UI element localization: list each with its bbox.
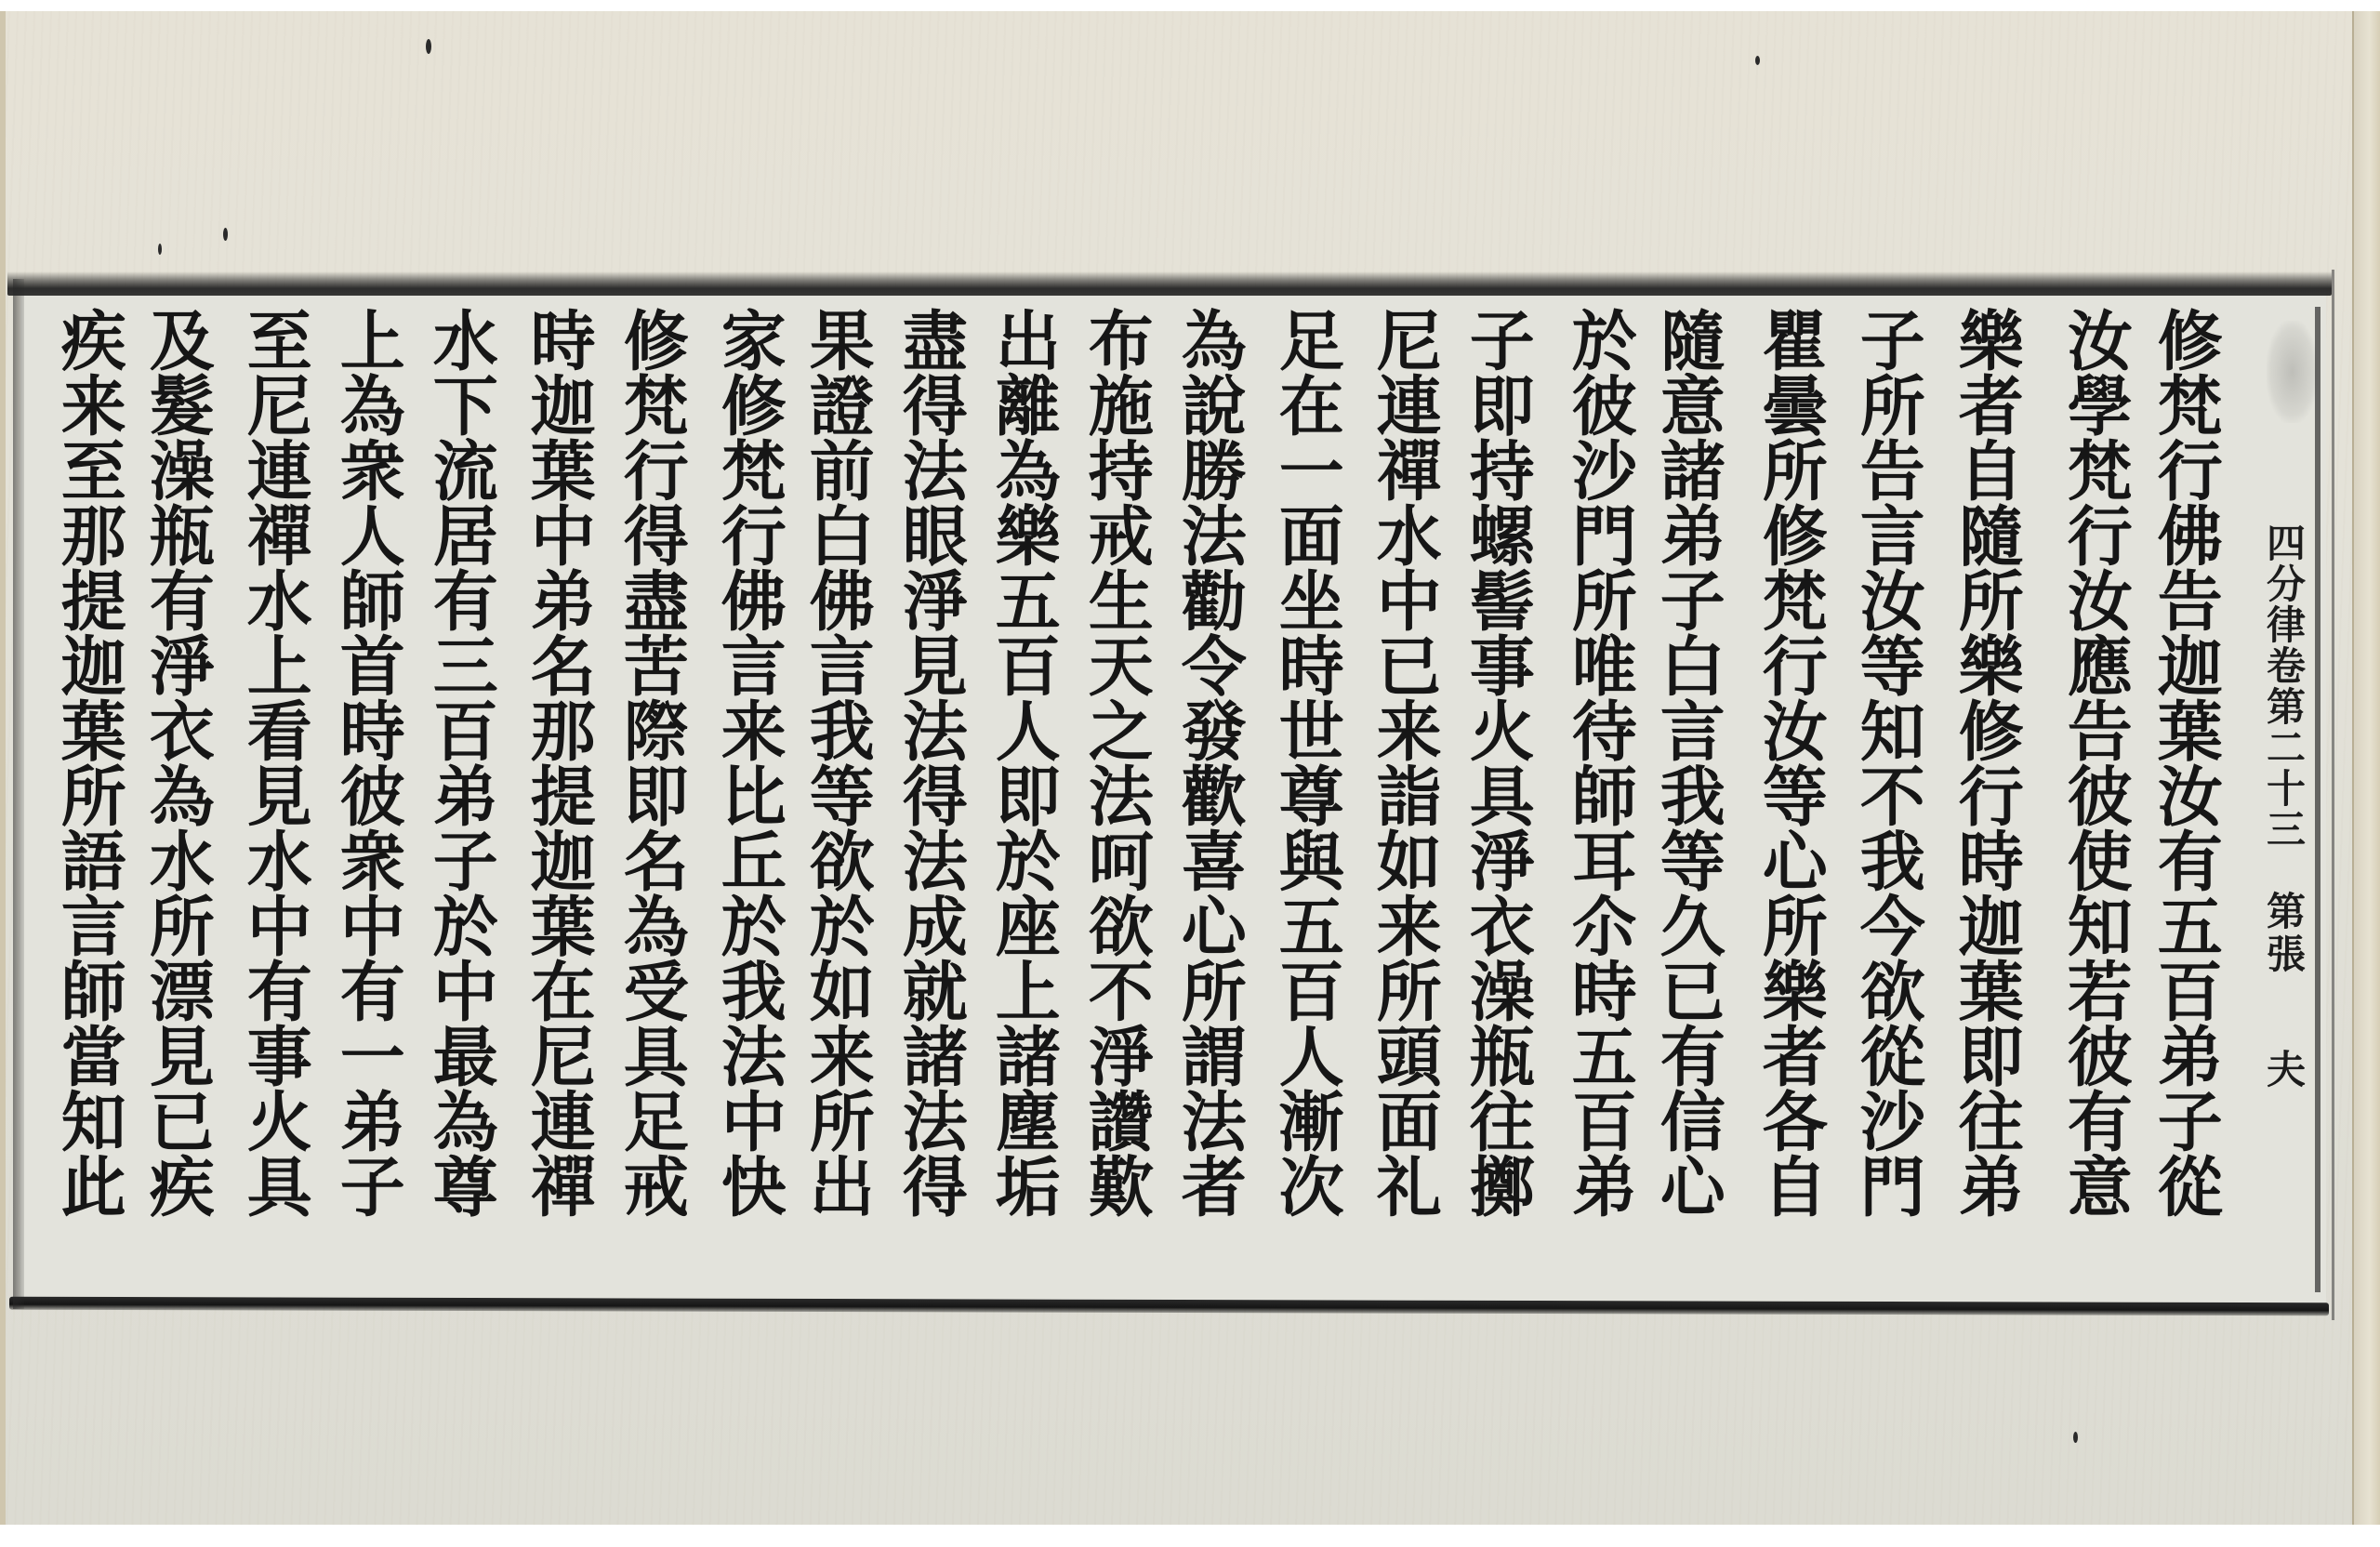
paper-fleck [426, 39, 431, 54]
text-column-16: 家修梵行佛言来比丘於我法中快 [704, 307, 793, 1218]
frame-border-left [13, 279, 24, 1309]
text-column-17: 修梵行得盡苦際即名為受具足戒 [606, 307, 695, 1218]
paper-fleck [2073, 1432, 2078, 1443]
text-column-10: 足在一面坐時世尊與五百人漸次 [1262, 307, 1351, 1218]
text-column-7: 於彼沙門所唯待師耳尒時五百弟 [1554, 307, 1644, 1218]
ink-smudge [2267, 321, 2318, 423]
text-column-23: 疾来至那提迦葉所語言師當知此 [44, 307, 133, 1218]
text-column-4: 子所告言汝等知不我今欲從沙門 [1843, 307, 1932, 1218]
text-column-1: 修梵行佛告迦葉汝有五百弟子從 [2140, 307, 2229, 1218]
text-column-3: 樂者自隨所樂修行時迦葉即往弟 [1941, 307, 2030, 1218]
page-left-edge [0, 11, 6, 1525]
text-column-6: 隨意諸弟子白言我等久已有信心 [1643, 307, 1732, 1218]
text-column-5: 瞿曇所修梵行汝等心所樂者各自 [1745, 307, 1834, 1218]
text-column-21: 至尼連禪水上看見水中有事火具 [230, 307, 319, 1218]
text-column-15: 果證前白佛言我等欲於如来所出 [792, 307, 881, 1218]
frame-border-top [7, 271, 2332, 296]
margin-carver-name: 夫𥴲 [2255, 1049, 2311, 1134]
text-column-9: 尼連禪水中已来詣如来所頭面礼 [1359, 307, 1448, 1218]
margin-sheet-number: 第張 [2255, 891, 2311, 976]
text-column-8: 子即持螺髻事火具淨衣澡瓶往擲 [1452, 307, 1541, 1218]
text-column-22: 及髮澡瓶有淨衣為水所漂見已疾 [132, 307, 221, 1218]
text-column-11: 為說勝法勸令發歡喜心所謂法者 [1164, 307, 1253, 1218]
text-column-12: 布施持戒生天之法呵欲不淨讚歎 [1071, 307, 1160, 1218]
text-column-18: 時迦葉中弟名那提迦葉在尼連禪 [513, 307, 602, 1218]
margin-title: 四分律卷第二十三 [2255, 522, 2311, 850]
paper-fleck [223, 228, 228, 241]
text-column-2: 汝學梵行汝應告彼使知若彼有意 [2050, 307, 2139, 1218]
text-column-19: 水下流居有三百弟子於中最為尊 [416, 307, 505, 1218]
paper-fleck [1755, 56, 1760, 65]
paper-fleck [158, 244, 162, 255]
text-column-20: 上為衆人師首時彼衆中有一弟子 [323, 307, 412, 1218]
frame-border-right-inner [2315, 307, 2320, 1292]
frame-border-right-outer [2332, 270, 2334, 1320]
text-column-14: 盡得法眼淨見法得法成就諸法得 [885, 307, 974, 1218]
page-binding-edge [2352, 11, 2380, 1525]
text-column-13: 出離為樂五百人即於座上諸塵垢 [978, 307, 1067, 1218]
